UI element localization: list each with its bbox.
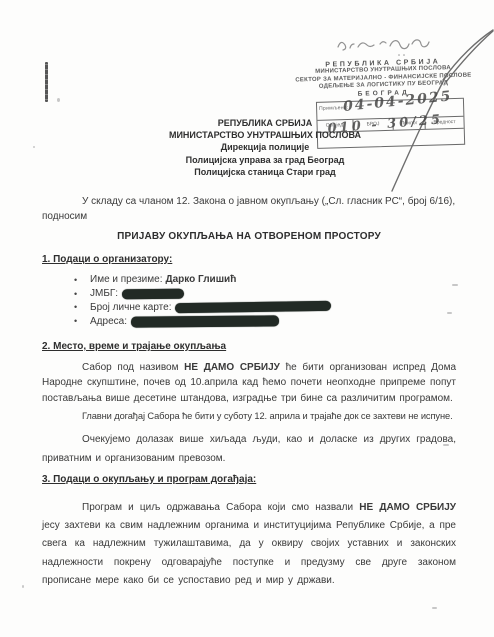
- document-title: ПРИЈАВУ ОКУПЉАЊА НА ОТВОРЕНОМ ПРОСТОРУ: [42, 231, 456, 242]
- section-3-heading: 3. Подаци о окупљању и програм догађаја:: [42, 474, 456, 485]
- section-2-paragraph-1: Сабор под називом НЕ ДАМО СРБИЈУ ће бити…: [42, 360, 456, 406]
- section-2-paragraph-3: Очекујемо долазак више хиљада људи, као …: [42, 431, 456, 468]
- scanned-document-page: РЕПУБЛИКА СРБИЈА МИНИСТАРСТВО УНУТРАШЊИХ…: [0, 0, 494, 637]
- list-item-id-card: • Број личне карте:: [74, 301, 331, 315]
- bullet-icon: •: [74, 275, 90, 285]
- letterhead-republic: РЕПУБЛИКА СРБИЈА: [36, 117, 494, 129]
- intro-line-2: подносим: [42, 209, 456, 224]
- section-1-heading: 1. Подаци о организатору:: [42, 254, 456, 265]
- bullet-icon: •: [74, 302, 90, 312]
- redaction-bar-id-card: [175, 301, 331, 313]
- scan-speck: [22, 585, 24, 588]
- list-item-name: • Име и презиме: Дарко Глишић: [74, 273, 331, 287]
- redaction-bar-address: [131, 315, 279, 327]
- bullet-icon: •: [74, 316, 90, 326]
- scan-speck: [57, 98, 60, 102]
- list-item-address: • Адреса:: [74, 314, 331, 328]
- organizer-list: • Име и презиме: Дарко Глишић • ЈМБГ: • …: [74, 273, 331, 328]
- paragraph-text: Сабор под називом: [82, 362, 184, 373]
- intro-line-1: У складу са чланом 12. Закона о јавном о…: [42, 194, 456, 209]
- intro-paragraph: У складу са чланом 12. Закона о јавном о…: [42, 194, 456, 224]
- event-name-bold: НЕ ДАМО СРБИЈУ: [184, 362, 280, 373]
- jmbg-label: ЈМБГ:: [90, 288, 118, 299]
- paragraph-text: Програм и циљ одржавања Сабора који смо …: [82, 502, 359, 513]
- letterhead-police-station: Полицијска станица Стари град: [36, 166, 494, 178]
- letterhead-ministry: МИНИСТАРСТВО УНУТРАШЊИХ ПОСЛОВА: [36, 129, 494, 141]
- paragraph-text: јесу захтеви ка свим надлежним органима …: [42, 520, 456, 586]
- bullet-icon: •: [74, 289, 90, 299]
- list-item-jmbg: • ЈМБГ:: [74, 287, 331, 301]
- address-label: Адреса:: [90, 316, 127, 327]
- id-card-label: Број личне карте:: [90, 302, 171, 313]
- letterhead: РЕПУБЛИКА СРБИЈА МИНИСТАРСТВО УНУТРАШЊИХ…: [36, 117, 494, 178]
- section-2-heading: 2. Место, време и трајање окупљања: [42, 341, 456, 352]
- scan-speck: [447, 312, 452, 314]
- name-label: Име и презиме:: [90, 274, 162, 285]
- section-2-paragraph-2: Главни догађај Сабора ће бити у суботу 1…: [42, 411, 456, 421]
- letterhead-directorate: Дирекција полиције: [36, 141, 494, 153]
- scan-speck: [452, 284, 458, 286]
- redaction-bar-jmbg: [122, 288, 184, 299]
- scan-speck: [33, 146, 35, 148]
- scan-speck: [432, 607, 437, 609]
- scan-streak-artifact: [45, 62, 48, 102]
- name-value: Дарко Глишић: [165, 274, 236, 285]
- section-3-paragraph-1: Програм и циљ одржавања Сабора који смо …: [42, 499, 456, 590]
- event-name-bold: НЕ ДАМО СРБИЈУ: [359, 502, 456, 513]
- letterhead-police-administration: Полицијска управа за град Београд: [36, 154, 494, 166]
